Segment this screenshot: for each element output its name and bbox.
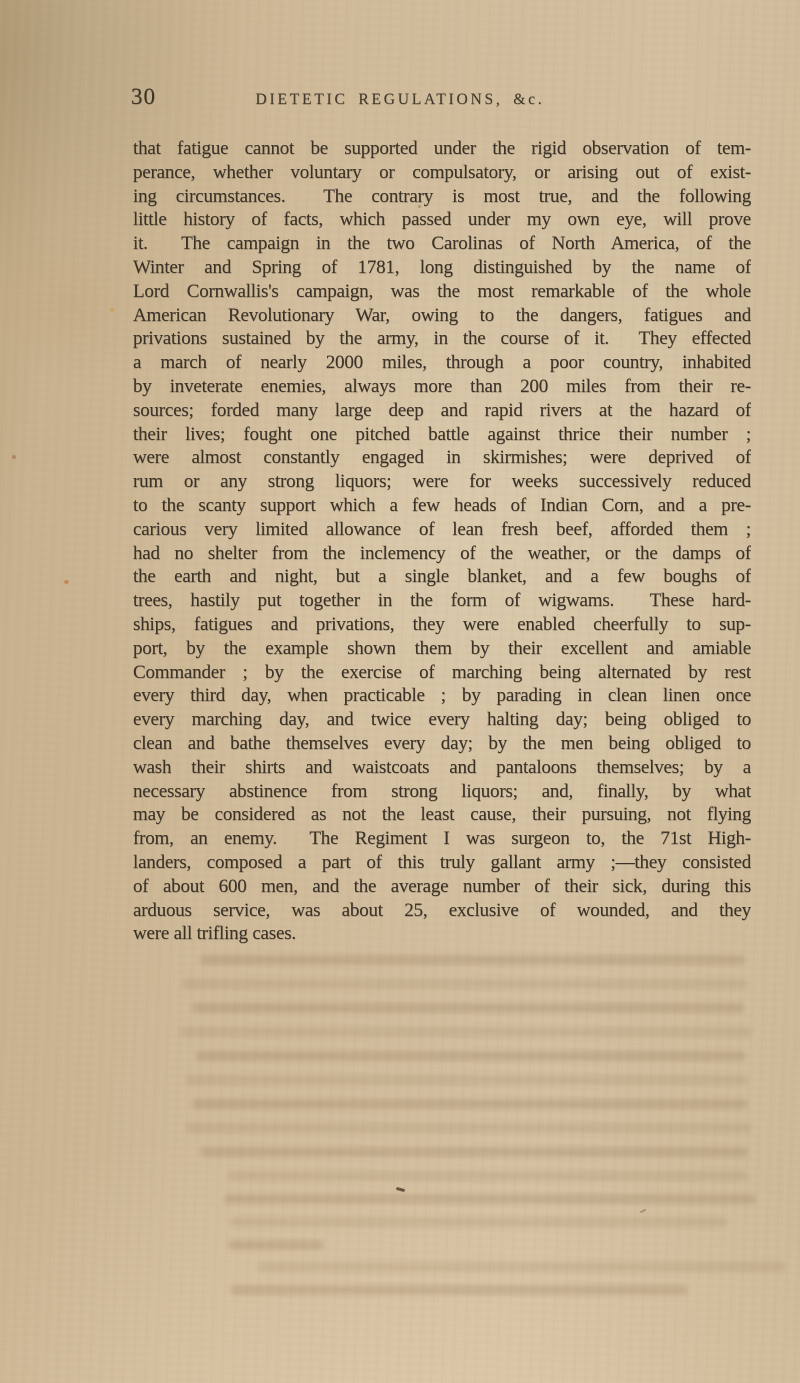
text-line: to the scanty support which a few heads …	[133, 494, 751, 518]
text-line: from, an enemy. The Regiment I was surge…	[133, 827, 751, 851]
text-line: perance, whether voluntary or compulsato…	[133, 161, 751, 185]
text-line: every marching day, and twice every halt…	[133, 708, 751, 732]
text-line: Commander ; by the exercise of marching …	[133, 661, 751, 685]
text-line: by inveterate enemies, always more than …	[133, 375, 751, 399]
text-line: the earth and night, but a single blanke…	[133, 565, 751, 589]
text-line: privations sustained by the army, in the…	[133, 327, 751, 351]
text-line: may be considered as not the least cause…	[133, 803, 751, 827]
text-line: every third day, when practicable ; by p…	[133, 684, 751, 708]
text-line: were almost constantly engaged in skirmi…	[133, 446, 751, 470]
text-line: American Revolutionary War, owing to the…	[133, 304, 751, 328]
paper-speck	[110, 308, 114, 312]
paper-speck	[64, 580, 69, 584]
text-line: it. The campaign in the two Carolinas of…	[133, 232, 751, 256]
running-header: DIETETIC REGULATIONS, &c.	[0, 91, 800, 109]
text-line: port, by the example shown them by their…	[133, 637, 751, 661]
paper-speck	[12, 455, 16, 459]
book-page-scan: 30 DIETETIC REGULATIONS, &c. that fatigu…	[0, 0, 800, 1383]
paper-speck	[640, 1209, 646, 1214]
text-line: that fatigue cannot be supported under t…	[133, 137, 751, 161]
text-line: carious very limited allowance of lean f…	[133, 518, 751, 542]
text-line: their lives; fought one pitched battle a…	[133, 423, 751, 447]
text-line: a march of nearly 2000 miles, through a …	[133, 351, 751, 375]
text-line: Lord Cornwallis's campaign, was the most…	[133, 280, 751, 304]
text-line: Winter and Spring of 1781, long distingu…	[133, 256, 751, 280]
paper-speck	[396, 1187, 405, 1192]
text-line: rum or any strong liquors; were for week…	[133, 470, 751, 494]
text-line: little history of facts, which passed un…	[133, 208, 751, 232]
text-line: had no shelter from the inclemency of th…	[133, 542, 751, 566]
text-line: ing circumstances. The contrary is most …	[133, 185, 751, 209]
text-line: of about 600 men, and the average number…	[133, 875, 751, 899]
text-line: landers, composed a part of this truly g…	[133, 851, 751, 875]
text-line: were all trifling cases.	[133, 922, 751, 946]
text-line: trees, hastily put together in the form …	[133, 589, 751, 613]
body-text-block: that fatigue cannot be supported under t…	[133, 137, 751, 946]
text-line: ships, fatigues and privations, they wer…	[133, 613, 751, 637]
text-line: sources; forded many large deep and rapi…	[133, 399, 751, 423]
text-line: arduous service, was about 25, exclusive…	[133, 899, 751, 923]
text-line: clean and bathe themselves every day; by…	[133, 732, 751, 756]
text-line: necessary abstinence from strong liquors…	[133, 780, 751, 804]
text-line: wash their shirts and waistcoats and pan…	[133, 756, 751, 780]
